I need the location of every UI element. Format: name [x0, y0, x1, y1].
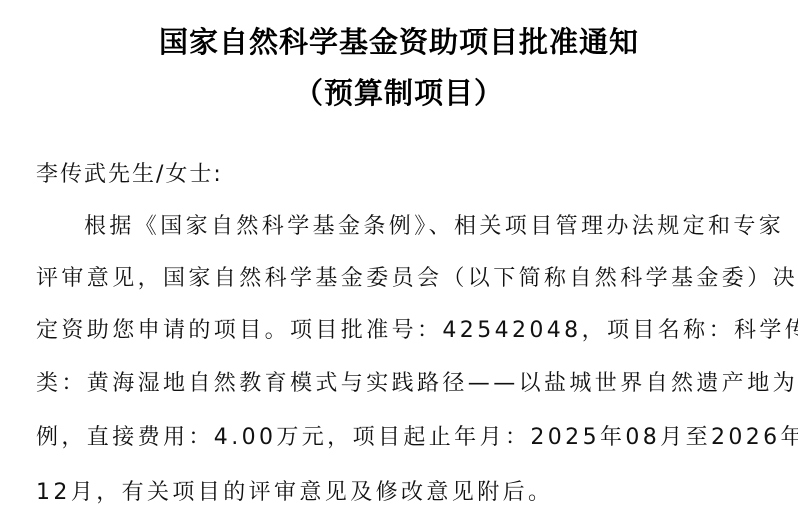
- notice-page: 国家自然科学基金资助项目批准通知 （预算制项目） 李传武先生/女士: 根据《国家…: [0, 0, 798, 530]
- document-title: 国家自然科学基金资助项目批准通知: [0, 24, 798, 60]
- salutation: 李传武先生/女士:: [36, 160, 223, 190]
- body-line-1: 根据《国家自然科学基金条例》、相关项目管理办法规定和专家: [84, 212, 766, 242]
- body-line-5: 例，直接费用：4.00万元，项目起止年月：2025年08月至2026年: [36, 423, 766, 453]
- body-line-6: 12月，有关项目的评审意见及修改意见附后。: [36, 478, 766, 508]
- body-line-4: 类：黄海湿地自然教育模式与实践路径——以盐城世界自然遗产地为: [36, 369, 766, 399]
- document-subtitle: （预算制项目）: [0, 75, 798, 111]
- body-line-3: 定资助您申请的项目。项目批准号：42542048，项目名称：科学传播: [36, 316, 766, 346]
- body-line-2: 评审意见，国家自然科学基金委员会（以下简称自然科学基金委）决: [36, 264, 766, 294]
